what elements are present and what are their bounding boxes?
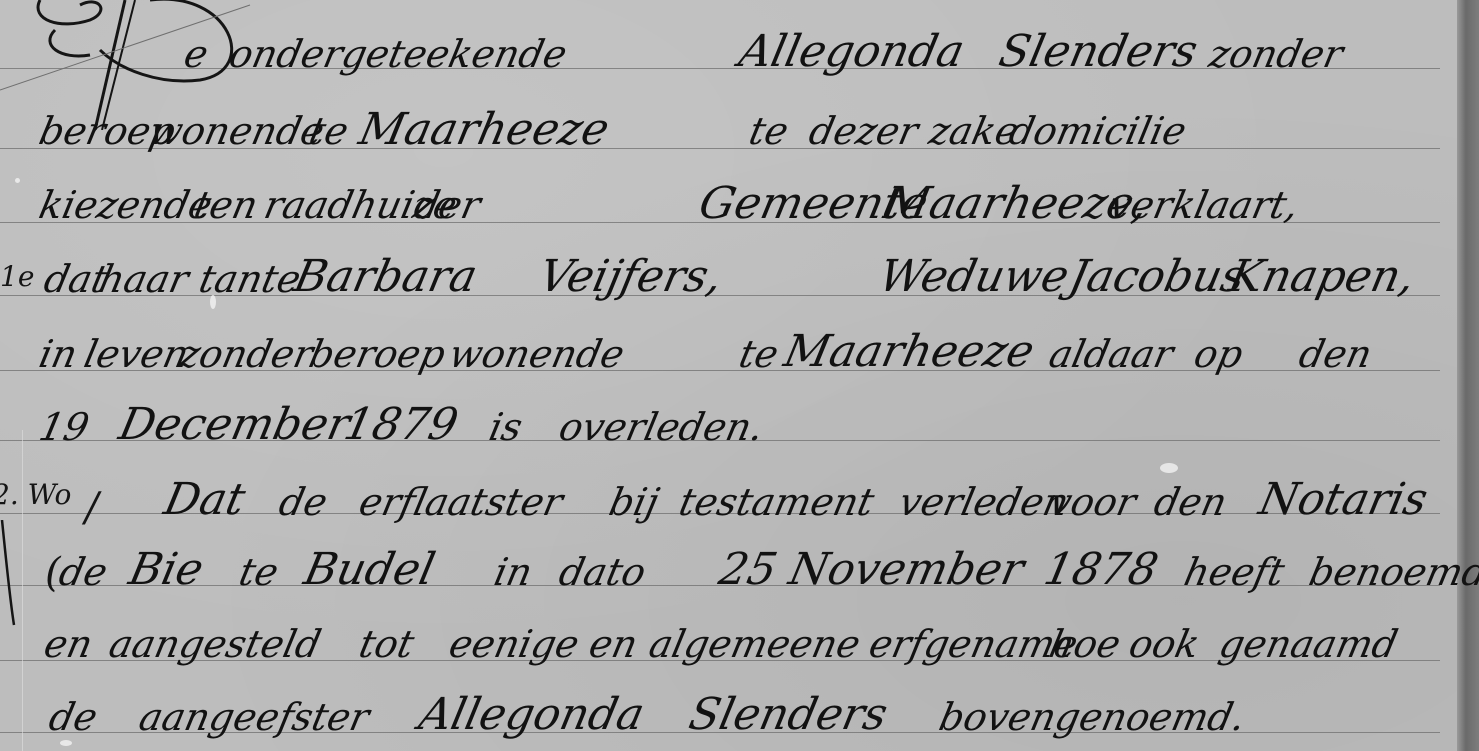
paper-speck [15,178,20,183]
word: verklaart, [1106,186,1302,224]
word: ondergeteekende [226,35,570,73]
word: heeft [1181,553,1288,591]
paper-speck [210,295,216,309]
word: haar [96,260,192,298]
word: te [306,112,352,150]
word: den [1296,335,1375,373]
word: domicilie [1006,112,1190,150]
word: November [785,548,1027,592]
word: ook [1126,625,1203,663]
word: zonder [176,335,316,373]
word: de [56,553,111,591]
word: December [115,403,353,447]
margin-note: / [85,485,98,531]
word: Notaris [1255,478,1431,522]
word: ten [191,186,261,224]
word: te [236,553,282,591]
paper-speck [1160,463,1178,473]
word: Allegonda [415,693,648,737]
word: kiezende [36,186,216,224]
word: wonende [446,335,628,373]
word: voor [1046,483,1139,521]
word: overleden. [556,408,767,446]
document-page: e ondergeteekende Allegonda Slenders zon… [0,0,1479,751]
word: benoemd [1306,553,1479,591]
word: te [736,335,782,373]
word: genaamd [1216,625,1401,663]
word: 1878 [1040,548,1161,592]
word: te [746,112,792,150]
margin-note: 2. Wo [0,478,71,511]
word: dato [556,553,649,591]
word: de [276,483,331,521]
word: Weduwe [875,255,1072,299]
word: eenige [446,625,582,663]
word: hoe [1046,625,1124,663]
word: erflaatster [356,483,566,521]
word: tot [356,625,417,663]
word: beroep [306,335,449,373]
word: Allegonda [735,30,968,74]
word: Slenders [995,30,1201,74]
word: Budel [300,548,438,592]
word: Veijfers, [535,255,726,299]
word: Barbara [290,255,481,299]
word: bovengenoemd. [936,698,1249,736]
word: Jacobus [1065,255,1248,299]
word: aldaar [1046,335,1177,373]
word: Dat [160,478,249,522]
word: en [41,625,96,663]
word: Slenders [685,693,891,737]
word: zonder [1206,35,1346,73]
paper-speck [60,740,72,746]
word: leven [81,335,192,373]
word: op [1191,335,1246,373]
word: Maarheeze [355,108,613,152]
word: Bie [125,548,207,592]
word: aangesteld [106,625,324,663]
margin-note: 1e [0,260,34,293]
word: Maarheeze [780,330,1038,374]
margin-note: ( [45,550,61,596]
word: wonende [146,112,328,150]
word: bij [606,483,662,521]
word: aangeefster [136,698,373,736]
word: verleden [896,483,1072,521]
page-binding-edge [1457,0,1479,751]
word: algemeene [646,625,864,663]
word: tante [196,260,304,298]
word: 25 [715,548,780,592]
word: in [36,335,81,373]
word: den [1151,483,1230,521]
word: en [586,625,641,663]
word: der [411,186,484,224]
word: 19 [36,408,92,446]
word: 1879 [340,403,461,447]
word: Knapen, [1225,255,1418,299]
word: de [46,698,101,736]
word: testament [676,483,878,521]
word: dezer [806,112,922,150]
margin-stroke-icon [0,520,40,630]
